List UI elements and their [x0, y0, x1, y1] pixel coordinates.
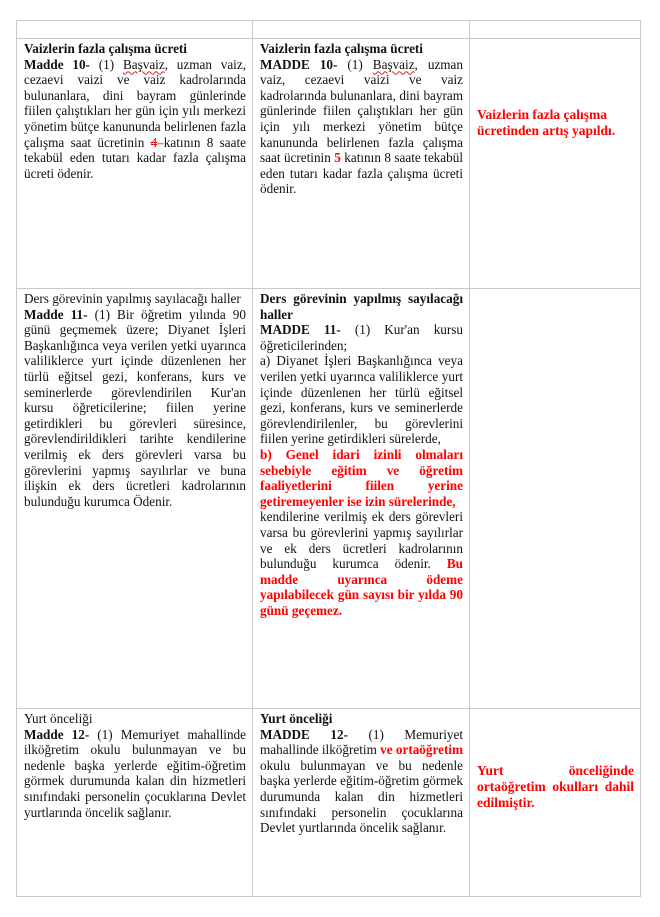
- new-text-cell: Vaizlerin fazla çalışma ücreti MADDE 10-…: [253, 39, 470, 289]
- spellcheck-word: Başvaiz: [373, 57, 415, 72]
- added-phrase: ve ortaöğretim: [380, 742, 463, 757]
- comparison-table: Vaizlerin fazla çalışma ücreti Madde 10-…: [16, 20, 641, 897]
- header-cell-note: [470, 21, 641, 39]
- article-title: Vaizlerin fazla çalışma ücreti: [260, 41, 463, 57]
- article-body: MADDE 11- (1) Kur'an kursu öğreticilerin…: [260, 322, 463, 353]
- article-body: MADDE 12- (1) Memuriyet mahallinde ilköğ…: [260, 727, 463, 836]
- clause-a: a) Diyanet İşleri Başkanlığınca veya ver…: [260, 353, 463, 447]
- article-label: MADDE 10-: [260, 57, 337, 72]
- article-body: Madde 11- (1) Bir öğretim yılında 90 gün…: [24, 307, 246, 510]
- article-body: Madde 10- (1) Başvaiz, uzman vaiz, cezae…: [24, 57, 246, 182]
- article-title: Ders görevinin yapılmış sayılacağı halle…: [260, 291, 463, 322]
- header-cell-new: [253, 21, 470, 39]
- old-text-cell: Yurt önceliği Madde 12- (1) Memuriyet ma…: [17, 709, 253, 897]
- new-text-cell: Ders görevinin yapılmış sayılacağı halle…: [253, 289, 470, 709]
- article-title: Yurt önceliği: [24, 711, 246, 727]
- article-title: Yurt önceliği: [260, 711, 463, 727]
- article-label: MADDE 12-: [260, 727, 348, 742]
- change-note: Yurt önceliğinde ortaöğretim okulları da…: [477, 763, 634, 811]
- article-title: Vaizlerin fazla çalışma ücreti: [24, 41, 246, 57]
- table-row: Yurt önceliği Madde 12- (1) Memuriyet ma…: [17, 709, 641, 897]
- spellcheck-word: Başvaiz: [123, 57, 165, 72]
- change-note-cell: Vaizlerin fazla çalışma ücretinden artış…: [470, 39, 641, 289]
- article-body: MADDE 10- (1) Başvaiz, uzman vaiz, cezae…: [260, 57, 463, 197]
- header-cell-old: [17, 21, 253, 39]
- article-continuation: kendilerine verilmiş ek ders görevleri v…: [260, 509, 463, 618]
- article-title: Ders görevinin yapılmış sayılacağı halle…: [24, 291, 246, 307]
- new-text-cell: Yurt önceliği MADDE 12- (1) Memuriyet ma…: [253, 709, 470, 897]
- change-note-cell: Yurt önceliğinde ortaöğretim okulları da…: [470, 709, 641, 897]
- change-note-cell: [470, 289, 641, 709]
- table-row: Ders görevinin yapılmış sayılacağı halle…: [17, 289, 641, 709]
- clause-b-added: b) Genel idari izinli olmaları sebebiyle…: [260, 447, 463, 509]
- old-text-cell: Ders görevinin yapılmış sayılacağı halle…: [17, 289, 253, 709]
- article-label: Madde 11-: [24, 307, 88, 322]
- article-label: Madde 12-: [24, 727, 89, 742]
- changed-value: 5: [334, 150, 341, 165]
- old-text-cell: Vaizlerin fazla çalışma ücreti Madde 10-…: [17, 39, 253, 289]
- article-body: Madde 12- (1) Memuriyet mahallinde ilköğ…: [24, 727, 246, 821]
- article-label: MADDE 11-: [260, 322, 341, 337]
- header-row: [17, 21, 641, 39]
- change-note: Vaizlerin fazla çalışma ücretinden artış…: [477, 107, 634, 139]
- table-row: Vaizlerin fazla çalışma ücreti Madde 10-…: [17, 39, 641, 289]
- article-label: Madde 10-: [24, 57, 90, 72]
